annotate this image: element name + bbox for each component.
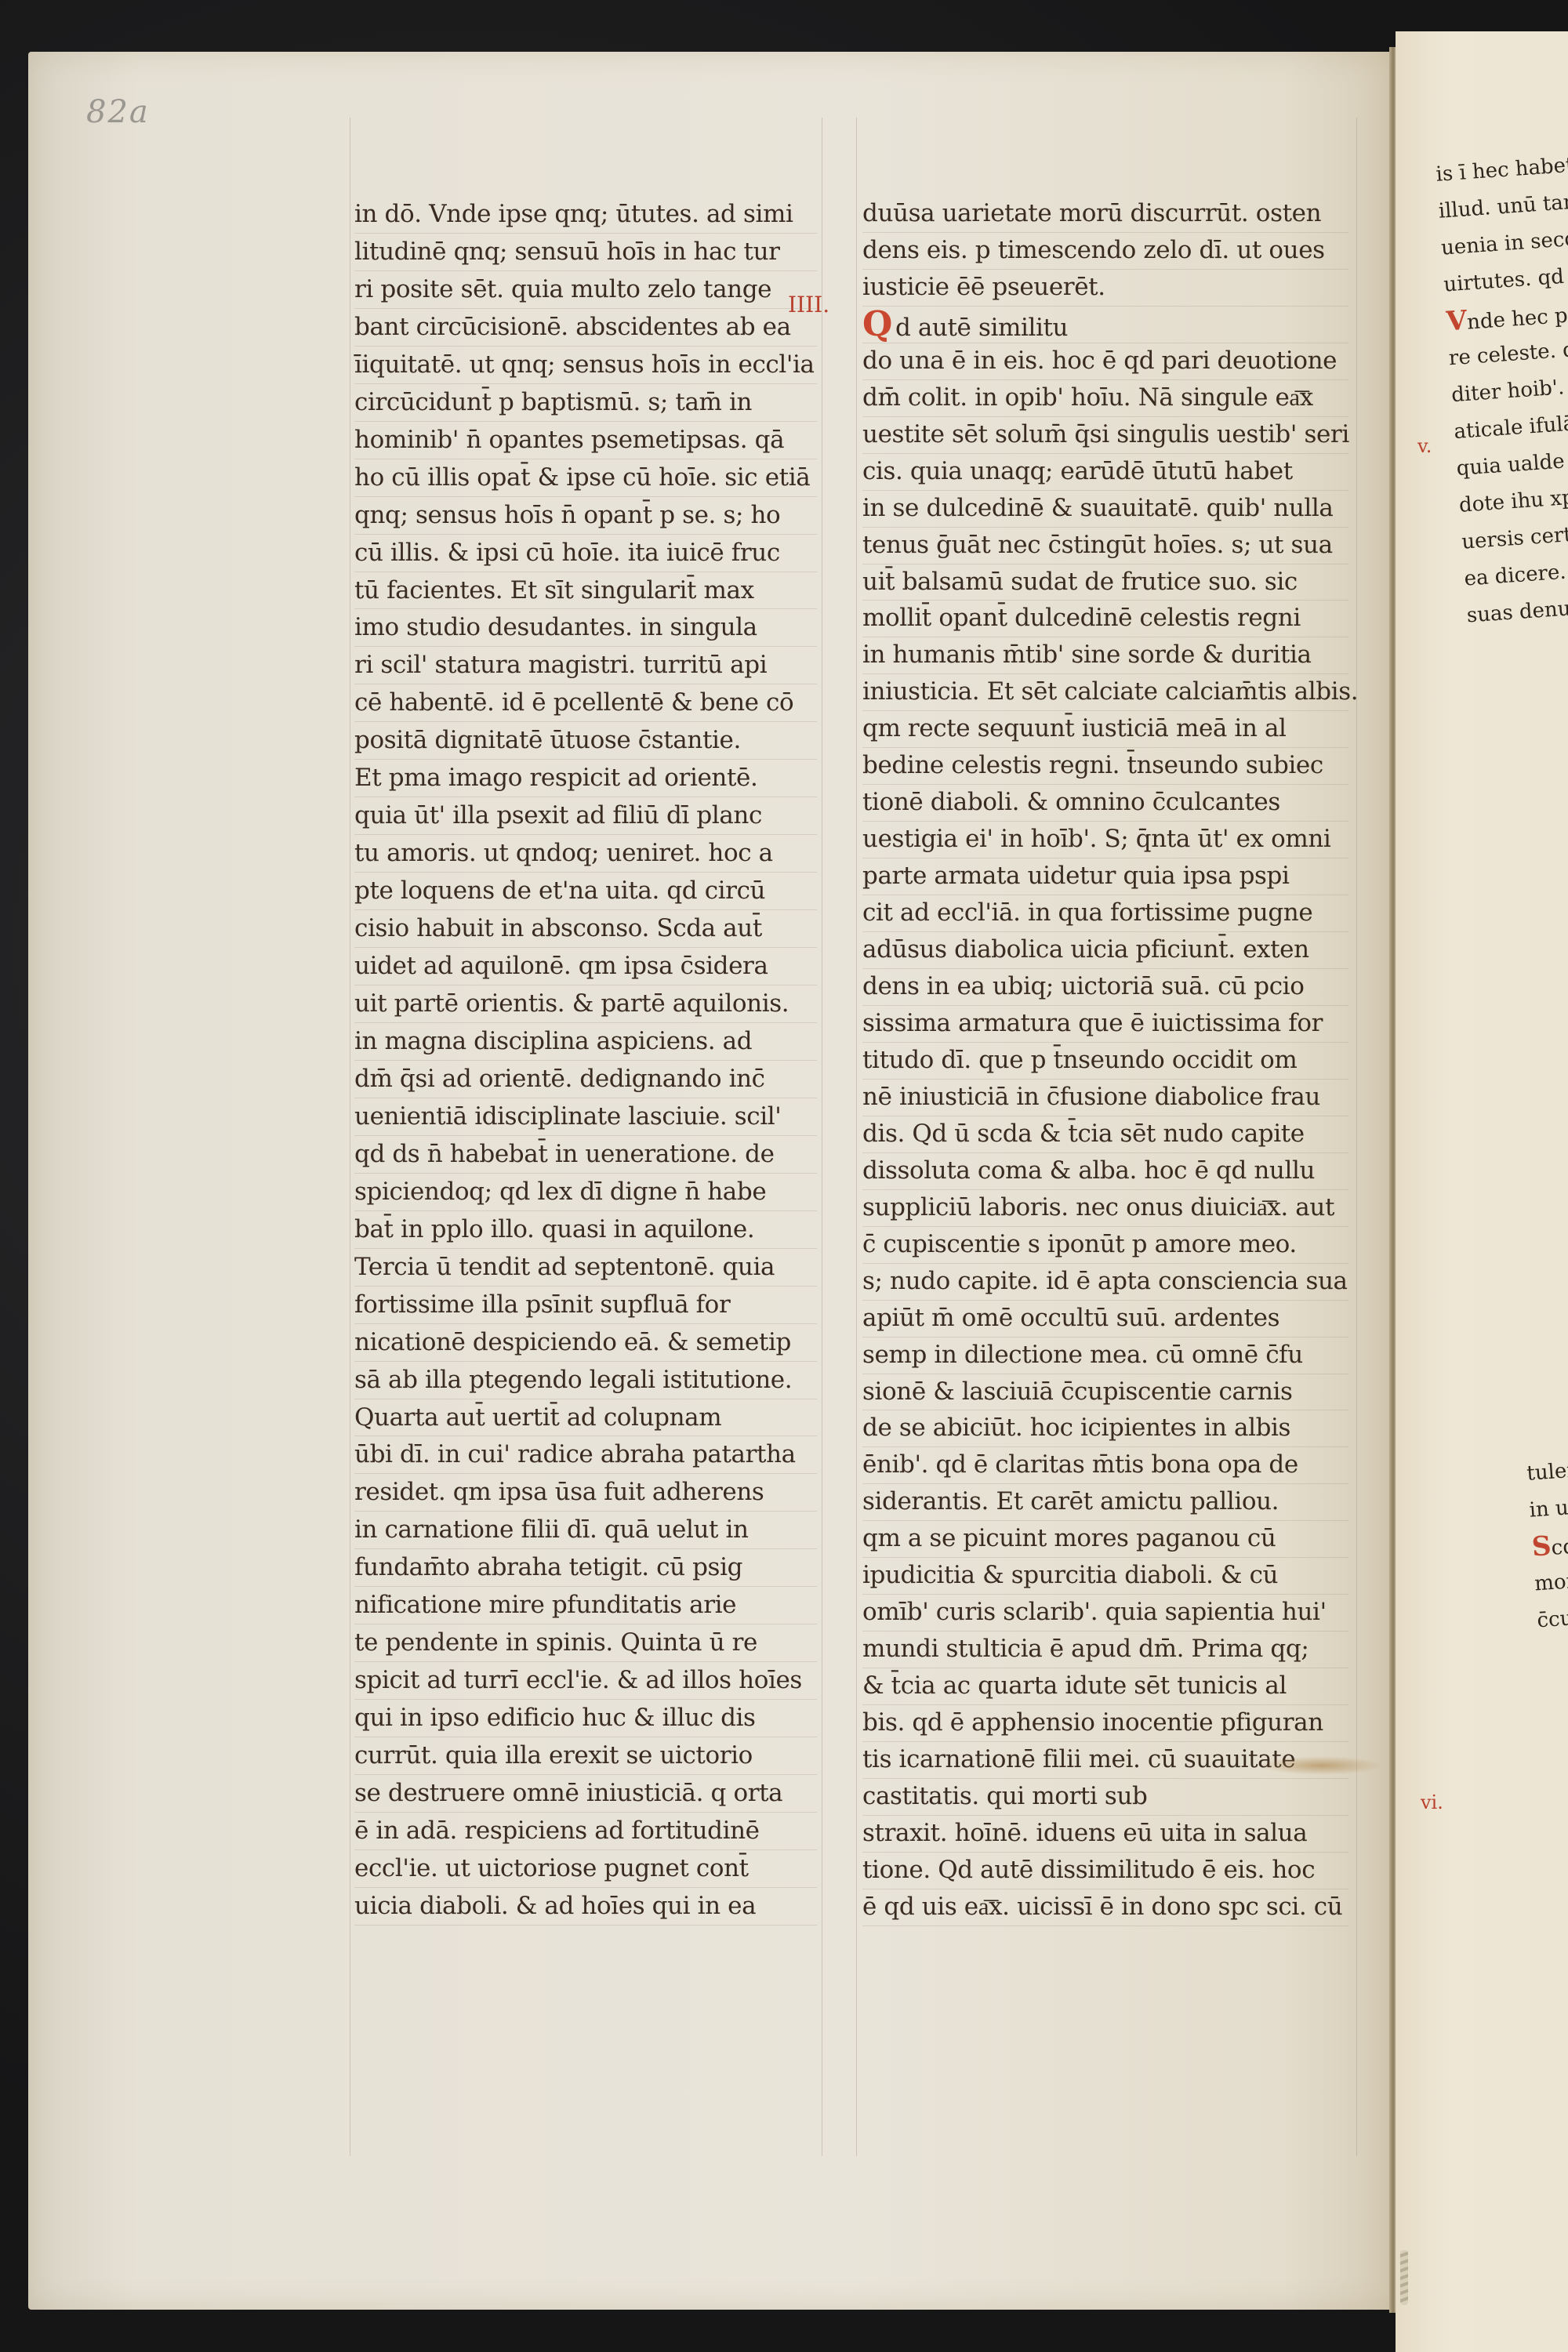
manuscript-line: ri posite sēt. quia multo zelo tange: [354, 271, 817, 309]
manuscript-line: cis. quia unaqq; earūdē ūtutū habet: [862, 454, 1348, 491]
rubricated-initial: S: [1531, 1530, 1552, 1563]
manuscript-line: spiciendoq; qd lex dī digne n̄ habe: [354, 1174, 817, 1211]
manuscript-line: bedine celestis regni. t̄nseundo subiec: [862, 748, 1348, 785]
manuscript-line: uestite sēt solum̄ q̄si singulis uestib'…: [862, 417, 1348, 454]
manuscript-line: dens in ea ubiq; uictoriā suā. cū pcio: [862, 969, 1348, 1006]
manuscript-line: ēnib'. qd ē claritas m̄tis bona opa de: [862, 1447, 1348, 1484]
facing-page-line: tulerunt lapidib' obruit.: [1526, 1445, 1568, 1493]
manuscript-line: parte armata uidetur quia ipsa pspi: [862, 858, 1348, 895]
manuscript-line: īiquitatē. ut qnq; sensus hoīs in eccl'i…: [354, 347, 817, 384]
manuscript-line: in se dulcedinē & suauitatē. quib' nulla: [862, 491, 1348, 528]
manuscript-line: ipudicitia & spurcitia diaboli. & cū: [862, 1558, 1348, 1595]
rubricated-initial: V: [1445, 305, 1468, 338]
text-column-left: in dō. Vnde ipse qnq; ūtutes. ad similit…: [354, 196, 817, 1926]
folio-number: 82a: [86, 94, 150, 130]
manuscript-line: in dō. Vnde ipse qnq; ūtutes. ad simi: [354, 196, 817, 234]
manuscript-line: fortissime illa psīnit supfluā for: [354, 1287, 817, 1324]
manuscript-line: nicationē despiciendo eā. & semetip: [354, 1324, 817, 1362]
manuscript-line: uenientiā idisciplinate lasciuie. scil': [354, 1098, 817, 1136]
ruling-line: [856, 118, 857, 2156]
parchment-stain: [1258, 1756, 1384, 1775]
manuscript-line: circūcidunt̄ p baptismū. s; tam̄ in: [354, 384, 817, 422]
manuscript-line: uit̄ balsamū sudat de frutice suo. sic: [862, 564, 1348, 601]
manuscript-line: uicia diaboli. & ad hoīes qui in ea: [354, 1888, 817, 1926]
manuscript-line: duūsa uarietate morū discurrūt. osten: [862, 196, 1348, 233]
manuscript-line: ē qd uis ea͞x. uicissī ē in dono spc sci…: [862, 1889, 1348, 1926]
manuscript-line: eccl'ie. ut uictoriose pugnet cont̄: [354, 1850, 817, 1888]
manuscript-line: te pendente in spinis. Quinta ū re: [354, 1624, 817, 1662]
manuscript-line: s; nudo capite. id ē apta consciencia su…: [862, 1264, 1348, 1301]
manuscript-line: ri scil' statura magistri. turritū api: [354, 647, 817, 684]
manuscript-line: dm̄ q̄si ad orientē. dedignando inc̄: [354, 1061, 817, 1098]
manuscript-line: tione. Qd autē dissimilitudo ē eis. hoc: [862, 1853, 1348, 1889]
manuscript-line: tū facientes. Et sīt singularit̄ max: [354, 572, 817, 610]
manuscript-line: Et pma imago respicit ad orientē.: [354, 760, 817, 797]
manuscript-line: uidet ad aquilonē. qm ipsa c̄sidera: [354, 948, 817, 985]
manuscript-line: qd ds n̄ habebat̄ in ueneratione. de: [354, 1136, 817, 1174]
manuscript-line: sionē & lasciuiā c̄cupiscentie carnis: [862, 1374, 1348, 1411]
manuscript-line: tenus ḡuāt nec c̄stingūt hoīes. s; ut su…: [862, 528, 1348, 564]
manuscript-line: positā dignitatē ūtuose c̄stantie.: [354, 722, 817, 760]
manuscript-line: cē habentē. id ē pcellentē & bene cō: [354, 684, 817, 722]
manuscript-line: mollit̄ opant̄ dulcedinē celestis regni: [862, 601, 1348, 637]
manuscript-line: qm recte sequunt̄ iusticiā meā in al: [862, 711, 1348, 748]
manuscript-line: de se abiciūt. hoc icipientes in albis: [862, 1410, 1348, 1447]
manuscript-line: uit partē orientis. & partē aquilonis.: [354, 985, 817, 1023]
manuscript-line: & t̄cia ac quarta idute sēt tunicis al: [862, 1668, 1348, 1705]
manuscript-line: se destruere omnē iniusticiā. q orta: [354, 1775, 817, 1813]
manuscript-line: dm̄ colit. in opib' hoīu. Nā singule ea͞…: [862, 380, 1348, 417]
manuscript-line: c̄ cupiscentie s iponūt p amore meo.: [862, 1227, 1348, 1264]
manuscript-line: cisio habuit in absconso. Scda aut̄: [354, 910, 817, 948]
manuscript-line: bis. qd ē apphensio inocentie pfiguran: [862, 1705, 1348, 1742]
manuscript-line: semp in dilectione mea. cū omnē c̄fu: [862, 1338, 1348, 1374]
manuscript-line: qnq; sensus hoīs n̄ opant̄ p se. s; ho: [354, 497, 817, 535]
manuscript-line: dis. Qd ū scda & t̄cia sēt nudo capite: [862, 1116, 1348, 1153]
manuscript-line: uestigia ei' in hoīb'. S; q̄nta ūt' ex o…: [862, 822, 1348, 858]
manuscript-line: bant circūcisionē. abscidentes ab ea: [354, 309, 817, 347]
manuscript-line: spicit ad turrī eccl'ie. & ad illos hoīe…: [354, 1662, 817, 1700]
manuscript-line: litudinē qnq; sensuū hoīs in hac tur: [354, 234, 817, 271]
ruling-line: [822, 118, 822, 2156]
manuscript-line: suppliciū laboris. nec onus diuicia͞x. a…: [862, 1190, 1348, 1227]
manuscript-line: mundi stulticia ē apud dm̄. Prima qq;: [862, 1632, 1348, 1668]
manuscript-line: qui in ipso edificio huc & illuc dis: [354, 1700, 817, 1737]
rubricated-initial-q: Q: [862, 307, 892, 343]
manuscript-line: residet. qm ipsa ūsa fuit adherens: [354, 1474, 817, 1512]
manuscript-line: imo studio desudantes. in singula: [354, 609, 817, 647]
rubric-marker-v: v.: [1417, 435, 1432, 457]
manuscript-line: straxit. hoīnē. iduens eū uita in salua: [862, 1816, 1348, 1853]
ruling-line: [1356, 118, 1357, 2156]
manuscript-line: fundam̄to abraha tetigit. cū psig: [354, 1549, 817, 1587]
manuscript-line: currūt. quia illa erexit se uictorio: [354, 1737, 817, 1775]
manuscript-line: sissima armatura que ē iuictissima for: [862, 1006, 1348, 1043]
manuscript-line: quia ūt' illa psexit ad filiū dī planc: [354, 797, 817, 835]
manuscript-line: dissoluta coma & alba. hoc ē qd nullu: [862, 1153, 1348, 1190]
manuscript-line: dens eis. p timescendo zelo dī. ut oues: [862, 233, 1348, 270]
manuscript-line: bat̄ in pplo illo. quasi in aquilone.: [354, 1211, 817, 1249]
manuscript-line: Quarta aut̄ uertit̄ ad colupnam: [354, 1399, 817, 1437]
manuscript-line: iniusticia. Et sēt calciate calciam̄tis …: [862, 674, 1348, 711]
manuscript-line: titudo dī. que p t̄nseundo occidit om: [862, 1043, 1348, 1080]
rubric-marker-vi: vi.: [1421, 1791, 1443, 1813]
manuscript-line: ē in adā. respiciens ad fortitudinē: [354, 1813, 817, 1850]
manuscript-line: iusticie ēē pseuerēt.: [862, 270, 1348, 307]
manuscript-line: in humanis m̄tib' sine sorde & duritia: [862, 637, 1348, 674]
manuscript-line: castitatis. qui morti sub: [862, 1779, 1348, 1816]
manuscript-line: cit ad eccl'iā. in qua fortissime pugne: [862, 895, 1348, 932]
manuscript-line: siderantis. Et carēt amictu palliou.: [862, 1484, 1348, 1521]
manuscript-line: nificatione mire pfunditatis arie: [354, 1587, 817, 1624]
manuscript-line: adūsus diabolica uicia pficiunt̄. exten: [862, 932, 1348, 969]
manuscript-line: Qd autē similitu: [862, 307, 1348, 343]
manuscript-line: hominib' n̄ opantes psemetipsas. qā: [354, 422, 817, 459]
text-column-right: duūsa uarietate morū discurrūt. ostenden…: [862, 196, 1348, 1926]
manuscript-line: in magna disciplina aspiciens. ad: [354, 1023, 817, 1061]
manuscript-line-text: d autē similitu: [895, 314, 1068, 342]
manuscript-line: do una ē in eis. hoc ē qd pari deuotione: [862, 343, 1348, 380]
manuscript-line: cū illis. & ipsi cū hoīe. ita iuicē fruc: [354, 535, 817, 572]
ruling-line: [350, 118, 350, 2156]
manuscript-line: Tercia ū tendit ad septentonē. quia: [354, 1249, 817, 1287]
manuscript-line: tionē diaboli. & omnino c̄culcantes: [862, 785, 1348, 822]
manuscript-line: in carnatione filii dī. quā uelut in: [354, 1512, 817, 1549]
manuscript-line: qm a se picuint mores paganou cū: [862, 1521, 1348, 1558]
manuscript-line: apiūt m̄ omē occultū suū. ardentes: [862, 1301, 1348, 1338]
manuscript-line: ūbi dī. in cui' radice abraha patartha: [354, 1436, 817, 1474]
manuscript-line: omīb' curis sclarib'. quia sapientia hui…: [862, 1595, 1348, 1632]
manuscript-line: nē iniusticiā in c̄fusione diabolice fra…: [862, 1080, 1348, 1116]
manuscript-line: ho cū illis opat̄ & ipse cū hoīe. sic et…: [354, 459, 817, 497]
manuscript-line: pte loquens de et'na uita. qd circū: [354, 873, 817, 910]
bookmark-string: [1400, 2250, 1408, 2305]
manuscript-line: sā ab illa ptegendo legali istitutione.: [354, 1362, 817, 1399]
manuscript-line: tu amoris. ut qndoq; ueniret. hoc a: [354, 835, 817, 873]
